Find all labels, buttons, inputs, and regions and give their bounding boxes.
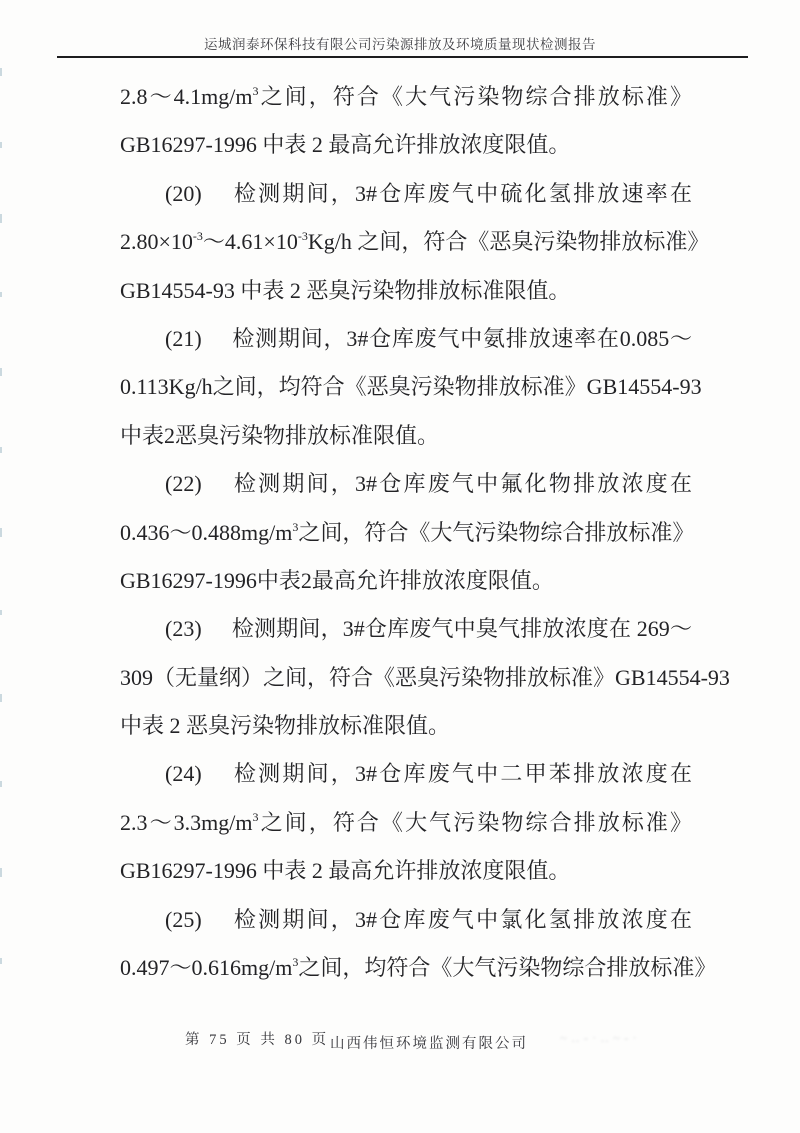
text-segment: 中表 2 恶臭污染物排放标准限值。 bbox=[120, 713, 450, 738]
text-segment: 2.80×10 bbox=[120, 229, 193, 254]
para-25: (25)检测期间，3#仓库废气中氯化氢排放浓度在0.497～0.616mg/m3… bbox=[120, 896, 692, 993]
text-segment: Kg/h 之间，符合《恶臭污染物排放标准》 bbox=[308, 229, 710, 254]
text-segment: 检测期间，3#仓库废气中臭气排放浓度在 269～ bbox=[232, 616, 692, 641]
text-segment: 检测期间，3#仓库废气中氟化物排放浓度在 bbox=[232, 471, 692, 496]
superscript: -3 bbox=[193, 229, 203, 243]
text-segment: 之间，符合《大气污染物综合排放标准》 bbox=[298, 520, 694, 545]
text-line: 0.436～0.488mg/m3之间，符合《大气污染物综合排放标准》 bbox=[120, 509, 692, 557]
text-line: (22)检测期间，3#仓库废气中氟化物排放浓度在 bbox=[120, 460, 692, 508]
text-segment: GB16297-1996 中表 2 最高允许排放浓度限值。 bbox=[120, 858, 570, 883]
text-segment: (20) bbox=[165, 181, 202, 206]
scan-artifact bbox=[0, 142, 2, 148]
text-segment: 之间，均符合《大气污染物综合排放标准》 bbox=[298, 955, 716, 980]
para-24: (24)检测期间，3#仓库废气中二甲苯排放浓度在2.3～3.3mg/m3之间，符… bbox=[120, 750, 692, 895]
text-segment: 检测期间，3#仓库废气中氯化氢排放浓度在 bbox=[232, 907, 692, 932]
text-line: 中表 2 恶臭污染物排放标准限值。 bbox=[120, 702, 692, 750]
text-segment: GB16297-1996中表2最高允许排放浓度限值。 bbox=[120, 568, 554, 593]
text-segment: (24) bbox=[165, 761, 202, 786]
para-21: (21)检测期间，3#仓库废气中氨排放速率在0.085～0.113Kg/h之间，… bbox=[120, 315, 692, 460]
report-header-title: 运城润泰环保科技有限公司污染源排放及环境质量现状检测报告 bbox=[0, 33, 800, 53]
text-line: 2.80×10-3～4.61×10-3Kg/h 之间，符合《恶臭污染物排放标准》 bbox=[120, 218, 692, 266]
document-body: 2.8～4.1mg/m3之间，符合《大气污染物综合排放标准》GB16297-19… bbox=[120, 73, 692, 992]
indent-gap bbox=[202, 926, 232, 927]
text-line: GB16297-1996中表2最高允许排放浓度限值。 bbox=[120, 557, 692, 605]
text-segment: 2.8～4.1mg/m bbox=[120, 84, 253, 109]
text-line: (24)检测期间，3#仓库废气中二甲苯排放浓度在 bbox=[120, 750, 692, 798]
text-line: 2.3～3.3mg/m3之间，符合《大气污染物综合排放标准》 bbox=[120, 799, 692, 847]
para-20: (20)检测期间，3#仓库废气中硫化氢排放速率在2.80×10-3～4.61×1… bbox=[120, 170, 692, 315]
text-line: (20)检测期间，3#仓库废气中硫化氢排放速率在 bbox=[120, 170, 692, 218]
para-22: (22)检测期间，3#仓库废气中氟化物排放浓度在0.436～0.488mg/m3… bbox=[120, 460, 692, 605]
scan-artifact bbox=[0, 868, 2, 877]
text-line: (21)检测期间，3#仓库废气中氨排放速率在0.085～ bbox=[120, 315, 692, 363]
text-line: 0.497～0.616mg/m3之间，均符合《大气污染物综合排放标准》 bbox=[120, 944, 692, 992]
text-segment: 0.436～0.488mg/m bbox=[120, 520, 292, 545]
scan-artifact bbox=[0, 694, 2, 702]
text-line: GB14554-93 中表 2 恶臭污染物排放标准限值。 bbox=[120, 267, 692, 315]
text-segment: 中表2恶臭污染物排放标准限值。 bbox=[120, 423, 439, 448]
superscript: -3 bbox=[298, 229, 308, 243]
scan-artifact bbox=[0, 528, 2, 537]
text-line: 中表2恶臭污染物排放标准限值。 bbox=[120, 412, 692, 460]
indent-gap bbox=[202, 345, 232, 346]
text-segment: 之间，符合《大气污染物综合排放标准》 bbox=[259, 84, 692, 109]
text-segment: 检测期间，3#仓库废气中氨排放速率在0.085～ bbox=[232, 326, 692, 351]
text-line: GB16297-1996 中表 2 最高允许排放浓度限值。 bbox=[120, 121, 692, 169]
para-19-continuation: 2.8～4.1mg/m3之间，符合《大气污染物综合排放标准》GB16297-19… bbox=[120, 73, 692, 170]
scan-artifact bbox=[0, 610, 2, 615]
scan-artifact bbox=[0, 368, 2, 376]
text-segment: ～4.61×10 bbox=[203, 229, 298, 254]
text-line: (23)检测期间，3#仓库废气中臭气排放浓度在 269～ bbox=[120, 605, 692, 653]
scan-artifact bbox=[0, 958, 2, 964]
monitoring-company-name: 山西伟恒环境监测有限公司 bbox=[330, 1032, 528, 1053]
scan-artifact bbox=[0, 68, 2, 76]
scanned-report-page: 运城润泰环保科技有限公司污染源排放及环境质量现状检测报告 2.8～4.1mg/m… bbox=[0, 0, 800, 1133]
text-segment: 检测期间，3#仓库废气中二甲苯排放浓度在 bbox=[232, 761, 692, 786]
text-segment: (21) bbox=[165, 326, 202, 351]
text-segment: 309（无量纲）之间，符合《恶臭污染物排放标准》GB14554-93 bbox=[120, 665, 730, 690]
text-segment: (23) bbox=[165, 616, 202, 641]
text-line: 309（无量纲）之间，符合《恶臭污染物排放标准》GB14554-93 bbox=[120, 654, 692, 702]
text-line: 0.113Kg/h之间，均符合《恶臭污染物排放标准》GB14554-93 bbox=[120, 363, 692, 411]
page-number: 第 75 页 共 80 页 bbox=[185, 1028, 329, 1049]
scan-artifact bbox=[0, 447, 2, 453]
text-segment: 2.3～3.3mg/m bbox=[120, 810, 253, 835]
scan-artifact bbox=[0, 214, 2, 223]
indent-gap bbox=[202, 200, 232, 201]
text-segment: 之间，符合《大气污染物综合排放标准》 bbox=[259, 810, 692, 835]
text-line: (25)检测期间，3#仓库废气中氯化氢排放浓度在 bbox=[120, 896, 692, 944]
text-segment: 检测期间，3#仓库废气中硫化氢排放速率在 bbox=[232, 181, 692, 206]
text-segment: (22) bbox=[165, 471, 202, 496]
text-segment: 0.113Kg/h之间，均符合《恶臭污染物排放标准》GB14554-93 bbox=[120, 374, 702, 399]
text-line: GB16297-1996 中表 2 最高允许排放浓度限值。 bbox=[120, 847, 692, 895]
para-23: (23)检测期间，3#仓库废气中臭气排放浓度在 269～309（无量纲）之间，符… bbox=[120, 605, 692, 750]
header-divider bbox=[57, 56, 748, 58]
indent-gap bbox=[202, 490, 232, 491]
scan-artifact bbox=[0, 292, 2, 297]
indent-gap bbox=[202, 635, 232, 636]
text-segment: GB14554-93 中表 2 恶臭污染物排放标准限值。 bbox=[120, 278, 570, 303]
text-segment: 0.497～0.616mg/m bbox=[120, 955, 292, 980]
scan-artifact bbox=[0, 781, 2, 787]
text-segment: GB16297-1996 中表 2 最高允许排放浓度限值。 bbox=[120, 132, 570, 157]
text-line: 2.8～4.1mg/m3之间，符合《大气污染物综合排放标准》 bbox=[120, 73, 692, 121]
scan-smudge: ~‥‐·‥~‐· bbox=[560, 1030, 720, 1046]
text-segment: (25) bbox=[165, 907, 202, 932]
indent-gap bbox=[202, 780, 232, 781]
